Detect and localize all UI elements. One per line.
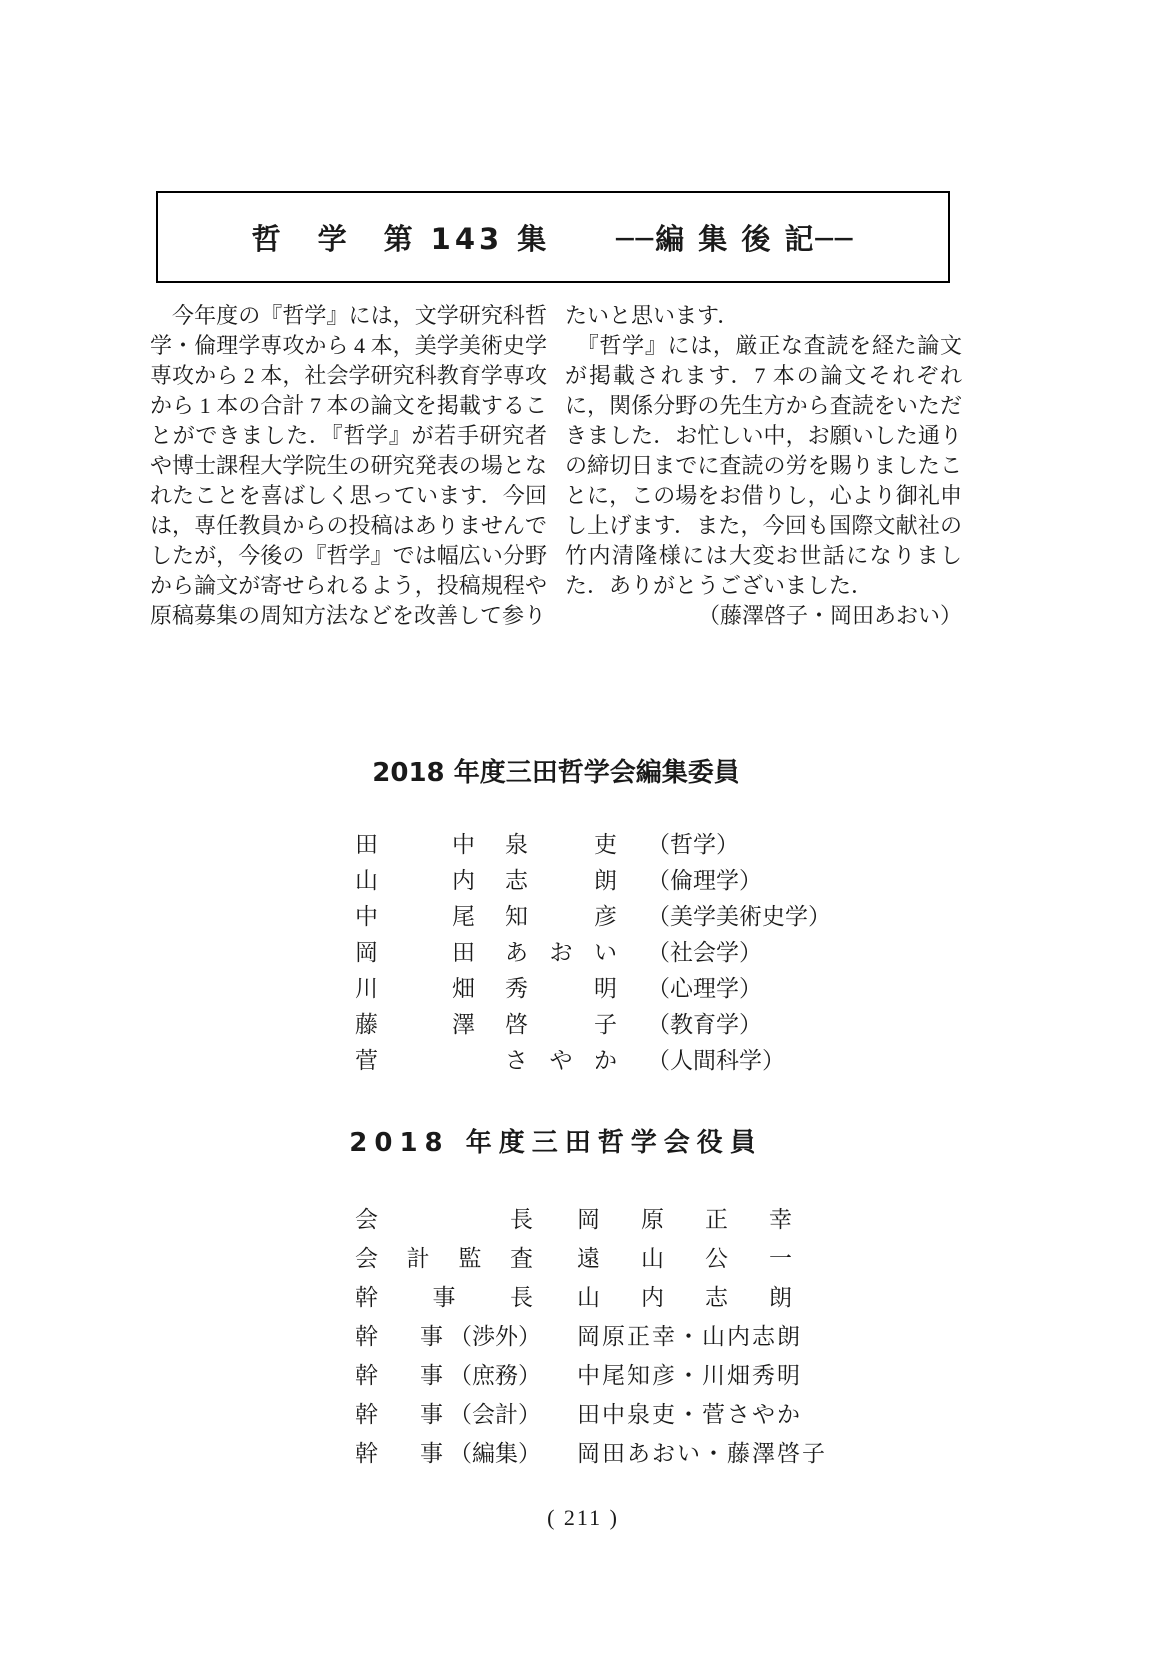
officer-name: 岡田あおい・藤澤啓子	[577, 1435, 827, 1468]
member-field: （倫理学）	[647, 862, 762, 895]
member-field: （心理学）	[647, 970, 762, 1003]
officer-role-title: 会長	[355, 1201, 533, 1234]
member-surname: 山内	[355, 862, 475, 895]
officer-role-title: 会計監査	[355, 1240, 533, 1273]
officer-role-title: 幹事	[355, 1396, 443, 1429]
officer-row: 幹事（会計）田中泉吏・菅さやか	[355, 1393, 827, 1432]
member-given-name: 泉吏	[505, 826, 617, 859]
committee-row: 岡田あおい（社会学）	[355, 932, 831, 968]
editorial-left-column: 今年度の『哲学』には，文学研究科哲学・倫理学専攻から 4 本，美学美術史学専攻か…	[150, 301, 547, 631]
member-given-name: 秀明	[505, 970, 617, 1003]
section-title: ──編 集 後 記──	[616, 217, 854, 258]
committee-row: 菅さやか（人間科学）	[355, 1040, 831, 1076]
member-given-name: あおい	[505, 934, 617, 967]
officer-role: 幹事（会計）	[355, 1396, 577, 1429]
officer-row: 会計監査遠山公一	[355, 1237, 827, 1276]
member-given-name: さやか	[505, 1042, 617, 1075]
member-surname: 藤澤	[355, 1006, 475, 1039]
officer-name: 岡原正幸	[577, 1201, 792, 1234]
officer-role-suffix: （編集）	[449, 1435, 541, 1468]
officer-row: 幹事（編集）岡田あおい・藤澤啓子	[355, 1432, 827, 1471]
committee-row: 中尾知彦（美学美術史学）	[355, 896, 831, 932]
editorial-right-column: たいと思います． 『哲学』には，厳正な査読を経た論文が掲載されます．7 本の論文…	[565, 301, 962, 631]
member-given-name: 知彦	[505, 898, 617, 931]
committee-row: 藤澤啓子（教育学）	[355, 1004, 831, 1040]
title-box: 哲 学 第 143 集 ──編 集 後 記──	[156, 191, 950, 283]
officer-name: 山内志朗	[577, 1279, 792, 1312]
member-field: （教育学）	[647, 1006, 762, 1039]
member-field: （社会学）	[647, 934, 762, 967]
committee-list: 田中泉吏（哲学）山内志朗（倫理学）中尾知彦（美学美術史学）岡田あおい（社会学）川…	[355, 824, 831, 1076]
officer-role: 会長	[355, 1201, 577, 1234]
officers-heading: 2018 年度三田哲学会役員	[150, 1126, 962, 1160]
committee-row: 山内志朗（倫理学）	[355, 860, 831, 896]
member-field: （美学美術史学）	[647, 898, 831, 931]
officers-list: 会長岡原正幸会計監査遠山公一幹事長山内志朗幹事（渉外）岡原正幸・山内志朗幹事（庶…	[355, 1198, 827, 1471]
member-surname: 川畑	[355, 970, 475, 1003]
member-field: （哲学）	[647, 826, 739, 859]
officer-role: 幹事（庶務）	[355, 1357, 577, 1390]
member-given-name: 啓子	[505, 1006, 617, 1039]
member-surname: 菅	[355, 1042, 475, 1075]
officer-row: 幹事（庶務）中尾知彦・川畑秀明	[355, 1354, 827, 1393]
officer-row: 会長岡原正幸	[355, 1198, 827, 1237]
officer-role-title: 幹事長	[355, 1279, 533, 1312]
officer-role: 幹事（渉外）	[355, 1318, 577, 1351]
page-number: ( 211 )	[0, 1505, 1166, 1531]
editorial-signature: （藤澤啓子・岡田あおい）	[565, 601, 962, 631]
officer-name: 遠山公一	[577, 1240, 792, 1273]
officer-role-title: 幹事	[355, 1435, 443, 1468]
officer-name: 岡原正幸・山内志朗	[577, 1318, 802, 1351]
officer-role-title: 幹事	[355, 1318, 443, 1351]
officer-role-suffix: （庶務）	[449, 1357, 541, 1390]
editorial-paragraph: 今年度の『哲学』には，文学研究科哲学・倫理学専攻から 4 本，美学美術史学専攻か…	[150, 301, 547, 631]
officer-row: 幹事（渉外）岡原正幸・山内志朗	[355, 1315, 827, 1354]
member-surname: 岡田	[355, 934, 475, 967]
committee-heading: 2018 年度三田哲学会編集委員	[150, 756, 962, 790]
officer-role-suffix: （渉外）	[449, 1318, 541, 1351]
journal-title: 哲 学 第 143 集	[252, 217, 551, 258]
committee-row: 田中泉吏（哲学）	[355, 824, 831, 860]
officer-role: 会計監査	[355, 1240, 577, 1273]
officer-name: 田中泉吏・菅さやか	[577, 1396, 802, 1429]
officer-role-title: 幹事	[355, 1357, 443, 1390]
member-surname: 中尾	[355, 898, 475, 931]
editorial-paragraph: たいと思います．	[565, 301, 962, 331]
officer-role: 幹事長	[355, 1279, 577, 1312]
member-field: （人間科学）	[647, 1042, 785, 1075]
member-surname: 田中	[355, 826, 475, 859]
committee-row: 川畑秀明（心理学）	[355, 968, 831, 1004]
editorial-body: 今年度の『哲学』には，文学研究科哲学・倫理学専攻から 4 本，美学美術史学専攻か…	[150, 301, 962, 631]
officer-role-suffix: （会計）	[449, 1396, 541, 1429]
officer-row: 幹事長山内志朗	[355, 1276, 827, 1315]
member-given-name: 志朗	[505, 862, 617, 895]
editorial-paragraph: 『哲学』には，厳正な査読を経た論文が掲載されます．7 本の論文それぞれに，関係分…	[565, 331, 962, 601]
officer-name: 中尾知彦・川畑秀明	[577, 1357, 802, 1390]
officer-role: 幹事（編集）	[355, 1435, 577, 1468]
journal-page: 哲 学 第 143 集 ──編 集 後 記── 今年度の『哲学』には，文学研究科…	[0, 0, 1166, 1654]
